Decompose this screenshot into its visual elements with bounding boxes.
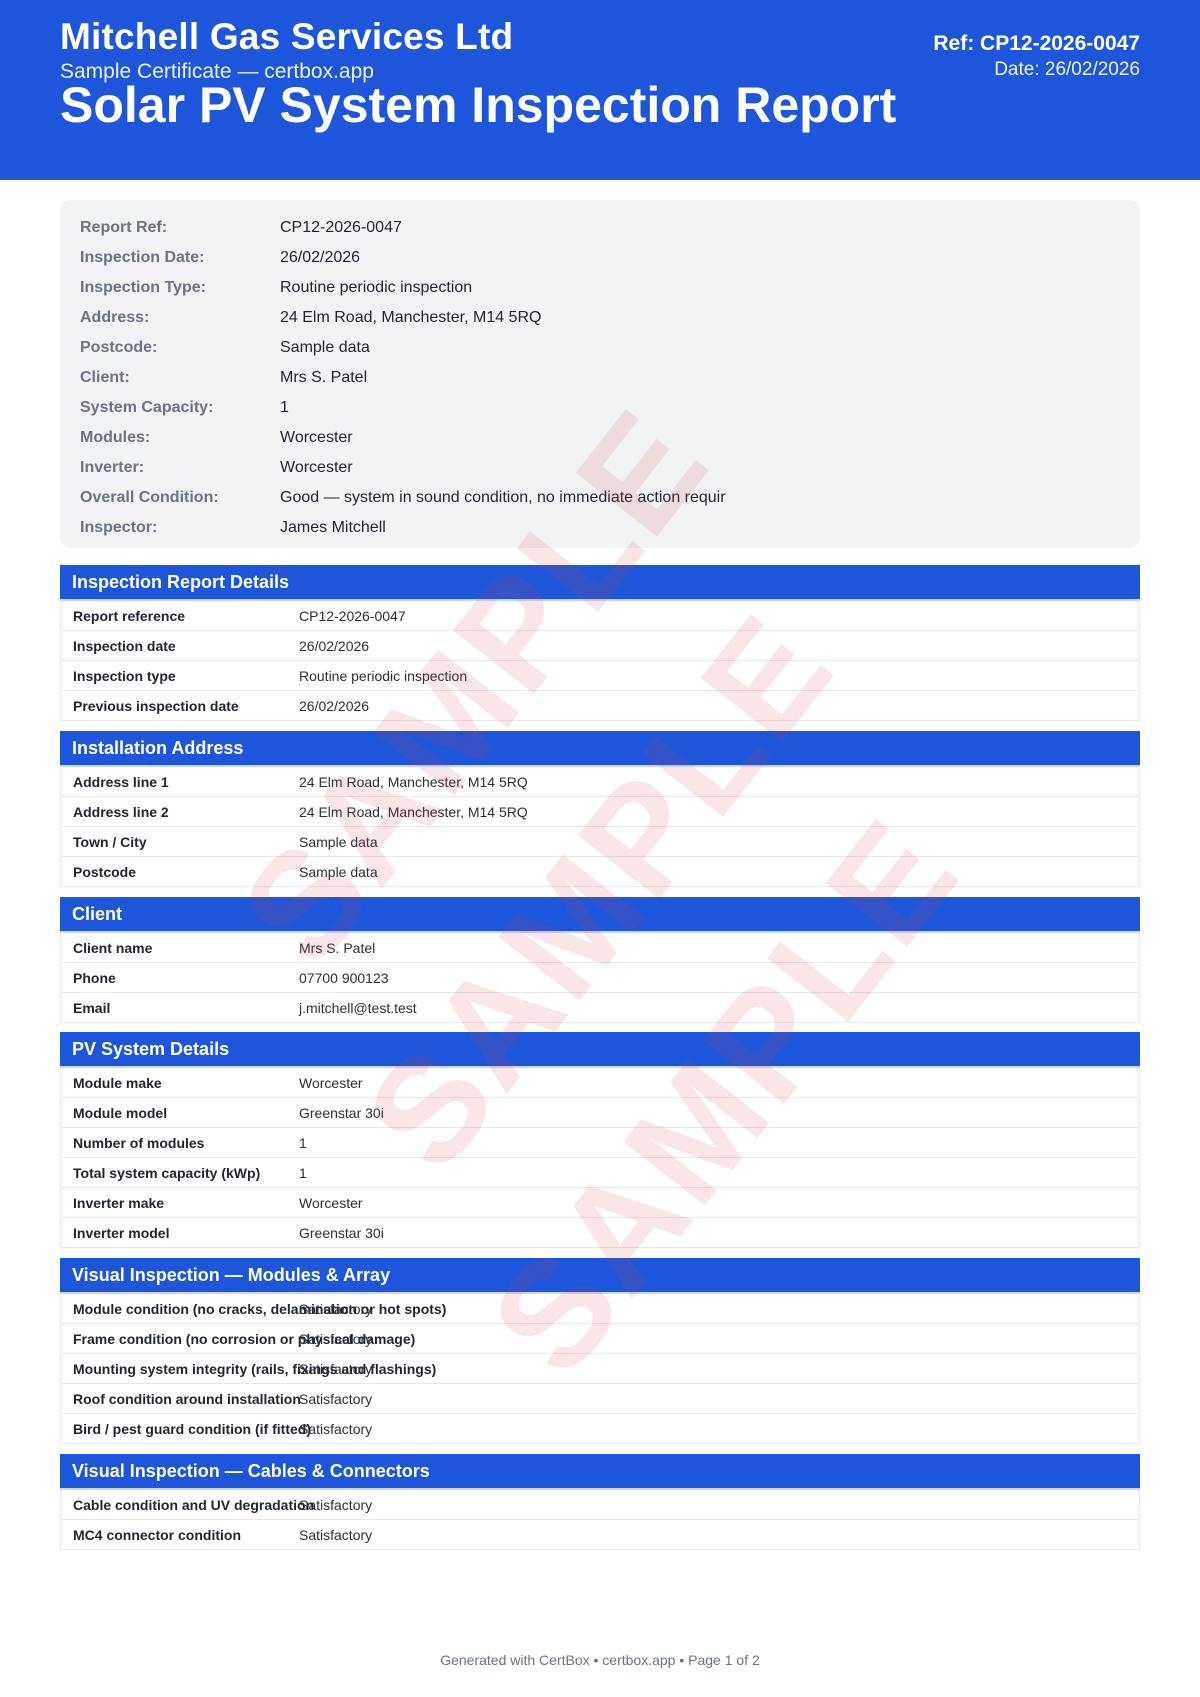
field-value: Satisfactory bbox=[299, 1331, 372, 1347]
field-value: Routine periodic inspection bbox=[299, 668, 467, 684]
table-row: Inspection date26/02/2026 bbox=[60, 631, 1140, 661]
summary-value: Worcester bbox=[280, 429, 353, 447]
field-label: Address line 1 bbox=[61, 774, 299, 790]
field-value: 26/02/2026 bbox=[299, 638, 369, 654]
field-value: j.mitchell@test.test bbox=[299, 1000, 417, 1016]
summary-row: Overall Condition:Good — system in sound… bbox=[80, 483, 1120, 513]
field-value: Worcester bbox=[299, 1195, 363, 1211]
summary-label: Report Ref: bbox=[80, 219, 280, 237]
field-value: 07700 900123 bbox=[299, 970, 389, 986]
summary-label: Client: bbox=[80, 369, 280, 387]
field-label: Email bbox=[61, 1000, 299, 1016]
report-date: Date: 26/02/2026 bbox=[994, 59, 1140, 81]
summary-label: System Capacity: bbox=[80, 399, 280, 417]
summary-value: Good — system in sound condition, no imm… bbox=[280, 489, 726, 507]
table-row: Number of modules1 bbox=[60, 1128, 1140, 1158]
field-label: Mounting system integrity (rails, fixing… bbox=[61, 1361, 299, 1377]
summary-value: Worcester bbox=[280, 459, 353, 477]
table-row: Module condition (no cracks, delaminatio… bbox=[60, 1294, 1140, 1324]
summary-label: Modules: bbox=[80, 429, 280, 447]
field-value: CP12-2026-0047 bbox=[299, 608, 406, 624]
field-label: Module condition (no cracks, delaminatio… bbox=[61, 1301, 299, 1317]
summary-row: Inspection Date:26/02/2026 bbox=[80, 243, 1120, 273]
page-footer: Generated with CertBox • certbox.app • P… bbox=[0, 1652, 1200, 1668]
summary-value: 24 Elm Road, Manchester, M14 5RQ bbox=[280, 309, 541, 327]
table-row: Frame condition (no corrosion or physica… bbox=[60, 1324, 1140, 1354]
field-label: Roof condition around installation bbox=[61, 1391, 299, 1407]
table-row: Cable condition and UV degradationSatisf… bbox=[60, 1490, 1140, 1520]
summary-box: Report Ref:CP12-2026-0047Inspection Date… bbox=[60, 200, 1140, 548]
field-label: Cable condition and UV degradation bbox=[61, 1497, 299, 1513]
summary-row: Inverter:Worcester bbox=[80, 453, 1120, 483]
section-heading: Inspection Report Details bbox=[60, 565, 1140, 601]
field-label: Module make bbox=[61, 1075, 299, 1091]
summary-row: Client:Mrs S. Patel bbox=[80, 363, 1120, 393]
table-row: MC4 connector conditionSatisfactory bbox=[60, 1520, 1140, 1550]
company-name: Mitchell Gas Services Ltd bbox=[60, 16, 513, 58]
table-row: Inspection typeRoutine periodic inspecti… bbox=[60, 661, 1140, 691]
section-heading: Visual Inspection — Modules & Array bbox=[60, 1258, 1140, 1294]
field-label: Client name bbox=[61, 940, 299, 956]
field-value: Sample data bbox=[299, 864, 378, 880]
report-ref: Ref: CP12-2026-0047 bbox=[933, 32, 1140, 56]
report-title: Solar PV System Inspection Report bbox=[60, 76, 896, 134]
summary-row: Inspector:James Mitchell bbox=[80, 513, 1120, 543]
table-row: Mounting system integrity (rails, fixing… bbox=[60, 1354, 1140, 1384]
field-value: Satisfactory bbox=[299, 1361, 372, 1377]
field-label: Phone bbox=[61, 970, 299, 986]
table-row: Phone07700 900123 bbox=[60, 963, 1140, 993]
table-row: Previous inspection date26/02/2026 bbox=[60, 691, 1140, 721]
table-row: Roof condition around installationSatisf… bbox=[60, 1384, 1140, 1414]
section-installation-address: Installation AddressAddress line 124 Elm… bbox=[60, 731, 1140, 887]
field-value: Satisfactory bbox=[299, 1497, 372, 1513]
table-row: Town / CitySample data bbox=[60, 827, 1140, 857]
summary-row: Address:24 Elm Road, Manchester, M14 5RQ bbox=[80, 303, 1120, 333]
summary-label: Inverter: bbox=[80, 459, 280, 477]
summary-row: Modules:Worcester bbox=[80, 423, 1120, 453]
field-value: 1 bbox=[299, 1135, 307, 1151]
summary-label: Postcode: bbox=[80, 339, 280, 357]
field-value: Satisfactory bbox=[299, 1391, 372, 1407]
field-label: Inverter model bbox=[61, 1225, 299, 1241]
section-heading: Installation Address bbox=[60, 731, 1140, 767]
table-row: Address line 224 Elm Road, Manchester, M… bbox=[60, 797, 1140, 827]
field-value: Satisfactory bbox=[299, 1301, 372, 1317]
field-label: Inspection type bbox=[61, 668, 299, 684]
summary-value: CP12-2026-0047 bbox=[280, 219, 402, 237]
field-label: Inverter make bbox=[61, 1195, 299, 1211]
field-label: Postcode bbox=[61, 864, 299, 880]
report-header: Mitchell Gas Services Ltd Sample Certifi… bbox=[0, 0, 1200, 180]
field-label: Total system capacity (kWp) bbox=[61, 1165, 299, 1181]
field-label: Address line 2 bbox=[61, 804, 299, 820]
summary-label: Overall Condition: bbox=[80, 489, 280, 507]
field-label: Town / City bbox=[61, 834, 299, 850]
summary-value: Routine periodic inspection bbox=[280, 279, 472, 297]
field-value: Sample data bbox=[299, 834, 378, 850]
field-label: Inspection date bbox=[61, 638, 299, 654]
section-heading: Client bbox=[60, 897, 1140, 933]
table-row: Report referenceCP12-2026-0047 bbox=[60, 601, 1140, 631]
field-label: Report reference bbox=[61, 608, 299, 624]
summary-label: Address: bbox=[80, 309, 280, 327]
field-value: 1 bbox=[299, 1165, 307, 1181]
field-value: 24 Elm Road, Manchester, M14 5RQ bbox=[299, 804, 528, 820]
section-visual-inspection-cables-connectors: Visual Inspection — Cables & ConnectorsC… bbox=[60, 1454, 1140, 1550]
table-row: PostcodeSample data bbox=[60, 857, 1140, 887]
table-row: Total system capacity (kWp)1 bbox=[60, 1158, 1140, 1188]
field-value: 24 Elm Road, Manchester, M14 5RQ bbox=[299, 774, 528, 790]
summary-value: James Mitchell bbox=[280, 519, 386, 537]
table-row: Inverter makeWorcester bbox=[60, 1188, 1140, 1218]
summary-row: Postcode:Sample data bbox=[80, 333, 1120, 363]
table-row: Inverter modelGreenstar 30i bbox=[60, 1218, 1140, 1248]
field-value: Satisfactory bbox=[299, 1527, 372, 1543]
table-row: Client nameMrs S. Patel bbox=[60, 933, 1140, 963]
summary-value: 1 bbox=[280, 399, 289, 417]
section-pv-system-details: PV System DetailsModule makeWorcesterMod… bbox=[60, 1032, 1140, 1248]
field-label: MC4 connector condition bbox=[61, 1527, 299, 1543]
field-label: Previous inspection date bbox=[61, 698, 299, 714]
summary-value: 26/02/2026 bbox=[280, 249, 360, 267]
field-label: Module model bbox=[61, 1105, 299, 1121]
table-row: Address line 124 Elm Road, Manchester, M… bbox=[60, 767, 1140, 797]
section-heading: PV System Details bbox=[60, 1032, 1140, 1068]
field-value: Mrs S. Patel bbox=[299, 940, 375, 956]
summary-label: Inspector: bbox=[80, 519, 280, 537]
field-label: Frame condition (no corrosion or physica… bbox=[61, 1331, 299, 1347]
summary-row: System Capacity:1 bbox=[80, 393, 1120, 423]
summary-value: Sample data bbox=[280, 339, 370, 357]
section-client: ClientClient nameMrs S. PatelPhone07700 … bbox=[60, 897, 1140, 1023]
section-visual-inspection-modules-array: Visual Inspection — Modules & ArrayModul… bbox=[60, 1258, 1140, 1444]
field-value: Satisfactory bbox=[299, 1421, 372, 1437]
summary-label: Inspection Date: bbox=[80, 249, 280, 267]
section-heading: Visual Inspection — Cables & Connectors bbox=[60, 1454, 1140, 1490]
field-label: Bird / pest guard condition (if fitted) bbox=[61, 1421, 299, 1437]
summary-row: Report Ref:CP12-2026-0047 bbox=[80, 213, 1120, 243]
field-value: Greenstar 30i bbox=[299, 1105, 384, 1121]
summary-value: Mrs S. Patel bbox=[280, 369, 367, 387]
table-row: Bird / pest guard condition (if fitted)S… bbox=[60, 1414, 1140, 1444]
summary-row: Inspection Type:Routine periodic inspect… bbox=[80, 273, 1120, 303]
table-row: Module modelGreenstar 30i bbox=[60, 1098, 1140, 1128]
summary-label: Inspection Type: bbox=[80, 279, 280, 297]
table-row: Emailj.mitchell@test.test bbox=[60, 993, 1140, 1023]
section-inspection-report-details: Inspection Report DetailsReport referenc… bbox=[60, 565, 1140, 721]
field-value: Greenstar 30i bbox=[299, 1225, 384, 1241]
field-label: Number of modules bbox=[61, 1135, 299, 1151]
table-row: Module makeWorcester bbox=[60, 1068, 1140, 1098]
field-value: 26/02/2026 bbox=[299, 698, 369, 714]
field-value: Worcester bbox=[299, 1075, 363, 1091]
